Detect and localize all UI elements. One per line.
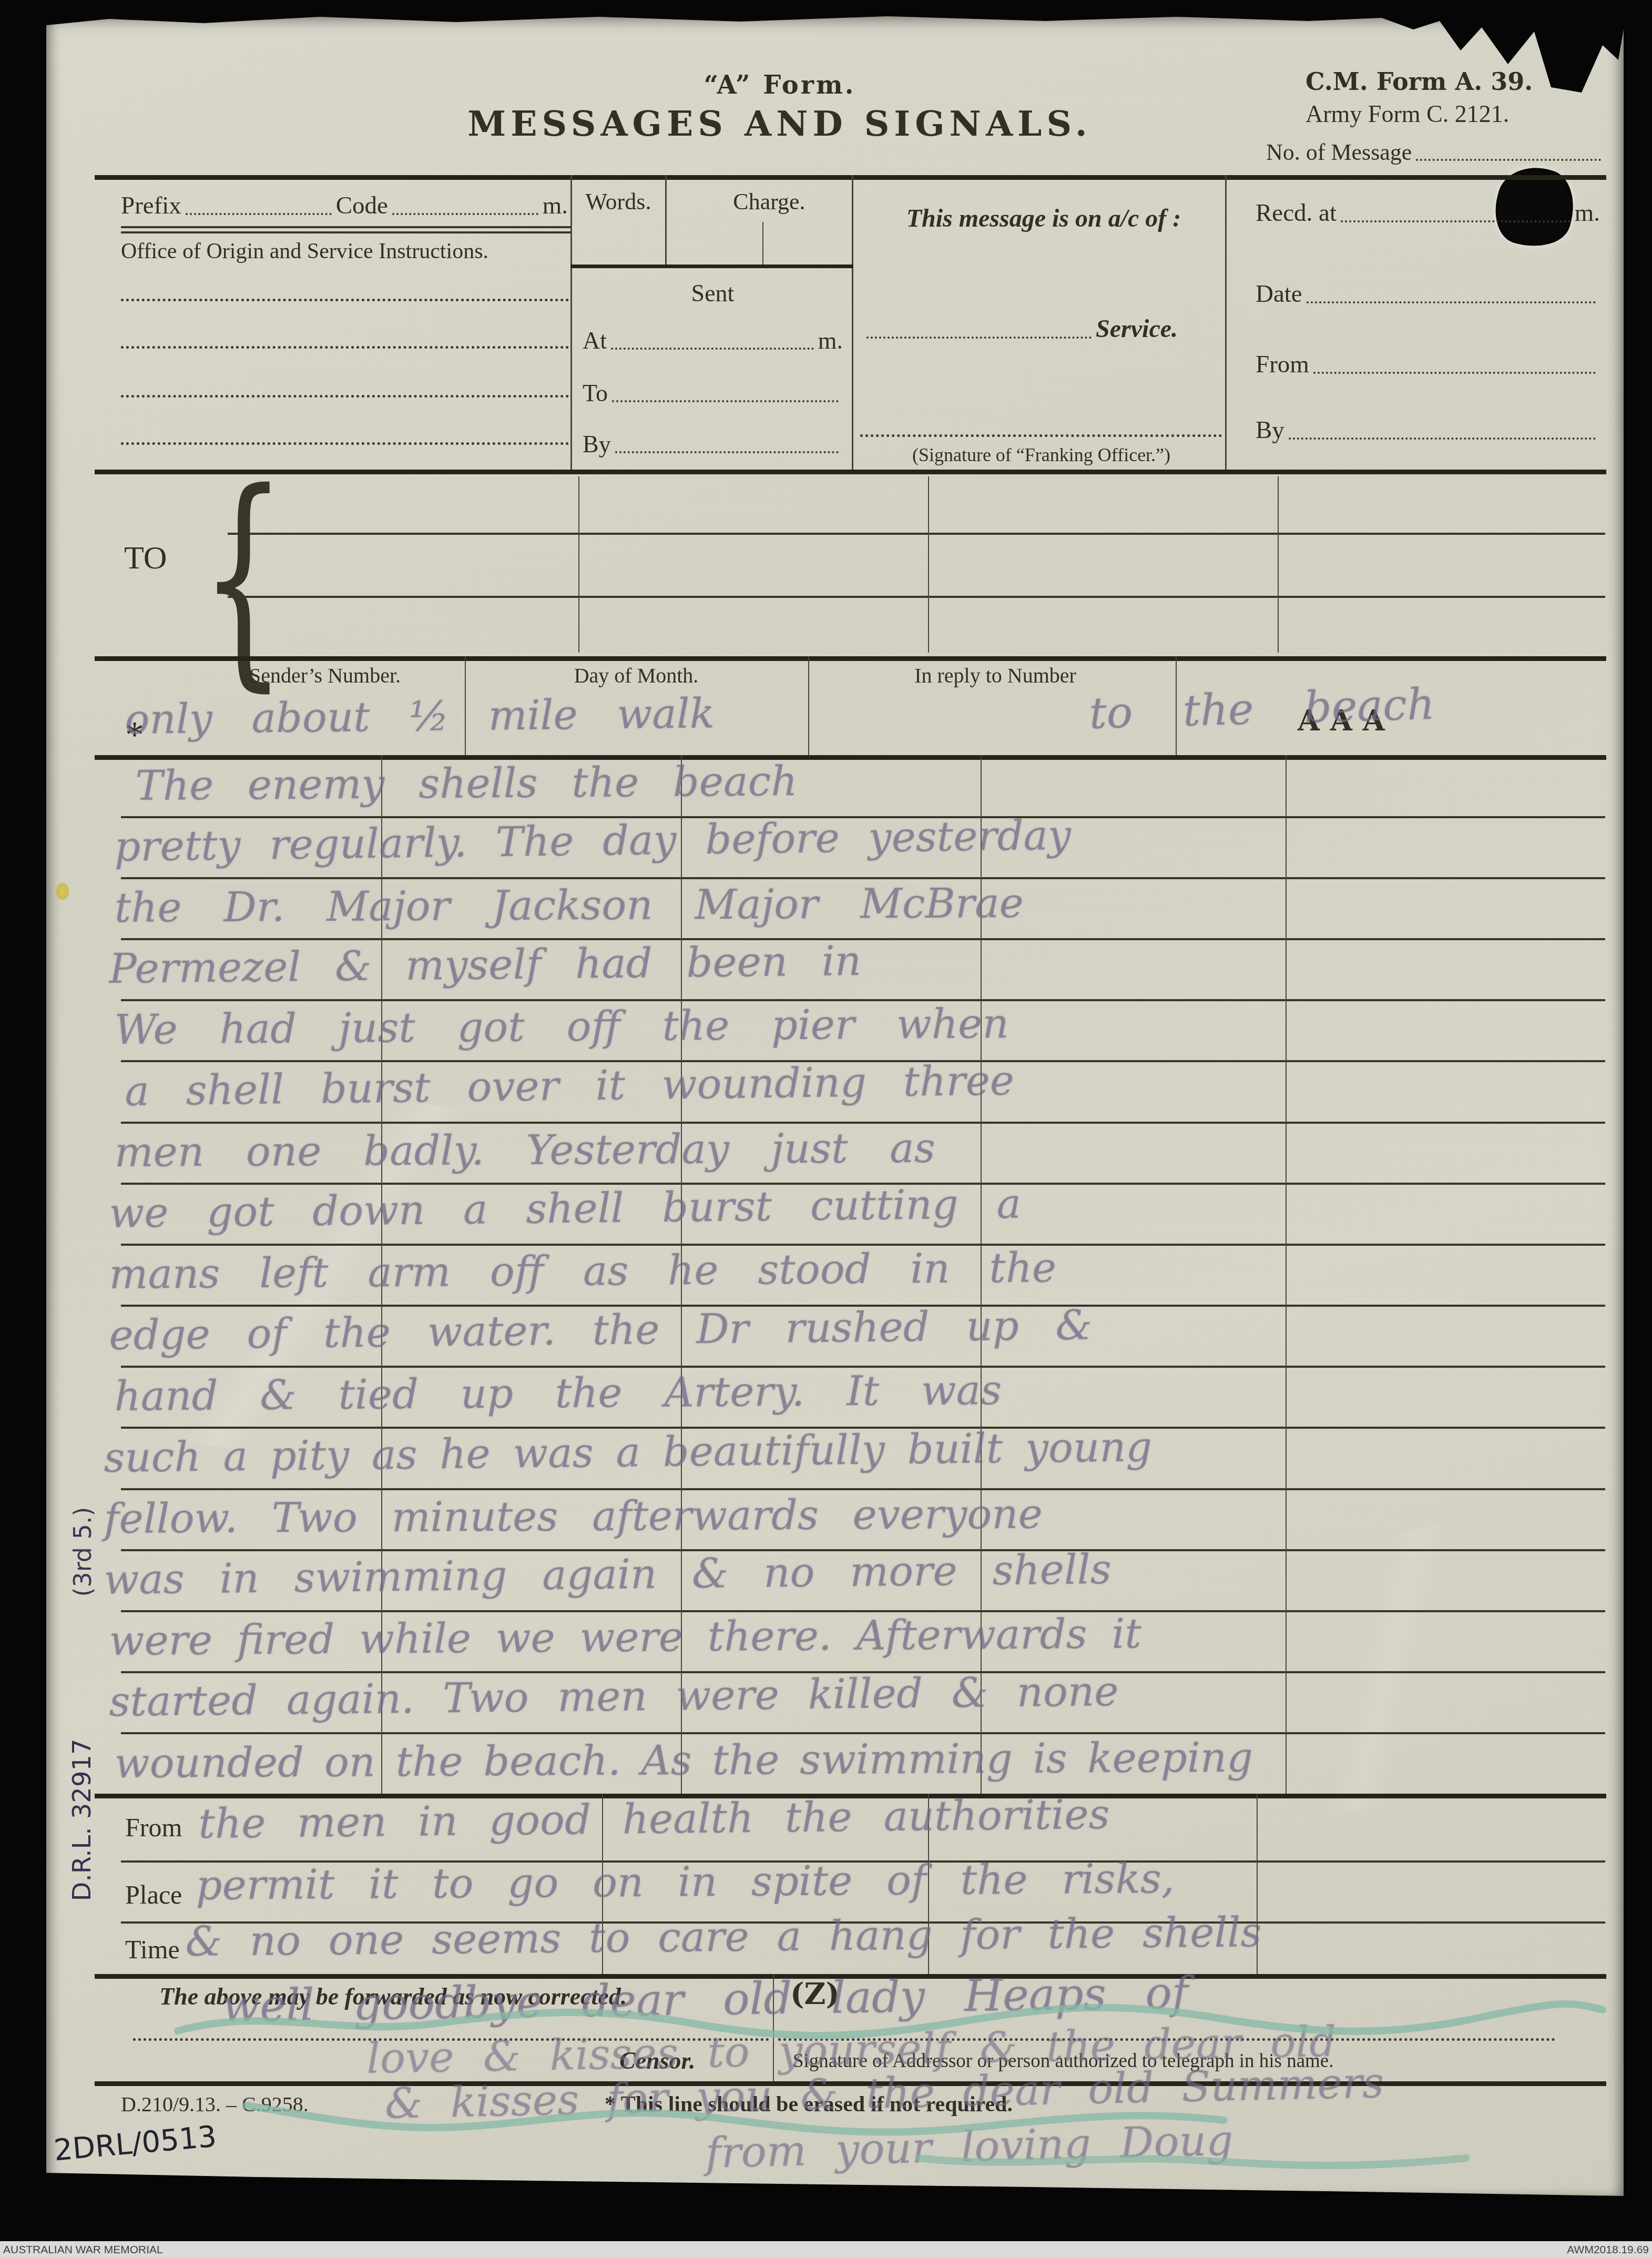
collection-reference: 2DRL/0513 [53, 2120, 218, 2168]
divider [928, 476, 929, 653]
divider [852, 175, 853, 470]
divider [808, 656, 809, 755]
sent-by-row: By [583, 430, 843, 458]
from-field-label: From [125, 1812, 182, 1843]
day-of-month-label: Day of Month. [518, 663, 754, 688]
dotted-leader [1313, 372, 1596, 374]
dotted-leader [866, 337, 1092, 339]
margin-page-note: (3rd 5.) [68, 1489, 100, 1615]
corner-dots: . . . . [1561, 165, 1610, 183]
page-title: MESSAGES AND SIGNALS. [307, 103, 1253, 144]
handwriting-line: from your loving Doug [705, 2116, 1234, 2178]
date-label: Date [1256, 280, 1302, 308]
dotted-leader [1289, 438, 1596, 440]
handwriting-line: The enemy shells the beach [135, 758, 797, 810]
rule [570, 265, 853, 268]
code-label: Code [336, 191, 388, 220]
dotted-leader [615, 451, 839, 453]
time-field-label: Time [125, 1934, 180, 1965]
divider [578, 476, 579, 653]
handwriting-line: the Dr. Major Jackson Major McBrae [115, 880, 1024, 932]
to-brace: { [200, 470, 287, 685]
rule [121, 1732, 1605, 1734]
from-label: From [1256, 350, 1309, 379]
rule [95, 470, 1606, 474]
to-label: To [583, 379, 608, 407]
divider [762, 222, 763, 265]
archive-footer-left: AUSTRALIAN WAR MEMORIAL [3, 2244, 163, 2256]
handwriting-line: permit it to go on in spite of the risks… [196, 1855, 1175, 1909]
divider [665, 175, 667, 265]
handwriting-line: to the beach [1088, 679, 1435, 739]
m-label: m. [818, 327, 843, 354]
handwriting-line: wounded on the beach. As the swimming is… [115, 1734, 1253, 1787]
rule [95, 656, 1606, 661]
dotted-line [121, 395, 569, 398]
handwriting-line: started again. Two men were killed & non… [109, 1668, 1119, 1726]
rule [95, 175, 1606, 180]
dotted-leader [1416, 159, 1601, 161]
paper-spot [56, 882, 69, 900]
dotted-leader [612, 400, 839, 402]
in-reply-label: In reply to Number [874, 663, 1116, 688]
office-of-origin-label: Office of Origin and Service Instruction… [121, 239, 488, 264]
words-label: Words. [573, 188, 664, 215]
rule [228, 596, 1605, 598]
handwriting-line: men one badly. Yesterday just as [115, 1125, 935, 1176]
recd-row: Recd. at m. [1256, 199, 1600, 227]
handwriting-line: edge of the water. the Dr rushed up & [109, 1301, 1092, 1359]
service-row: Service. [862, 314, 1178, 343]
handwriting-line: hand & tied up the Artery. It was [114, 1367, 1002, 1420]
recd-by-row: By [1256, 416, 1600, 444]
form-paper: “A” Form. MESSAGES AND SIGNALS. C.M. For… [46, 14, 1624, 2201]
handwriting-line: We had just got off the pier when [114, 1000, 1009, 1054]
dotted-line [121, 346, 569, 349]
senders-number-label: Sender’s Number. [204, 663, 446, 688]
service-label: Service. [1096, 314, 1178, 343]
place-field-label: Place [125, 1879, 182, 1910]
charge-label: Charge. [693, 188, 845, 215]
archive-footer-bar: AUSTRALIAN WAR MEMORIAL AWM2018.19.69 [0, 2241, 1652, 2258]
no-of-message-label: No. of Message [1266, 139, 1412, 166]
dotted-line [860, 434, 1222, 437]
dotted-leader [611, 348, 814, 350]
franking-officer-label: (Signature of “Franking Officer.”) [859, 444, 1224, 466]
handwriting-line: a shell burst over it wounding three [125, 1057, 1015, 1115]
rule [228, 533, 1605, 535]
handwriting-line: were fired while we were there. Afterwar… [109, 1610, 1141, 1665]
message-account-label: This message is on a/c of : [862, 204, 1225, 233]
divider [570, 175, 572, 470]
a-form-label: “A” Form. [359, 70, 1200, 100]
to-label: TO [124, 540, 167, 577]
scanned-document-page: { "document": { "archive_footer": { "lef… [0, 0, 1652, 2258]
archive-footer-right: AWM2018.19.69 [1567, 2244, 1649, 2256]
sent-to-row: To [583, 379, 843, 407]
prefix-label: Prefix [121, 191, 181, 220]
handwriting-line: only about ½ mile walk [125, 690, 715, 744]
handwriting-line: & no one seems to care a hang for the sh… [185, 1909, 1262, 1966]
rule [95, 755, 1606, 760]
handwriting-line: Permezel & myself had been in [109, 938, 861, 993]
divider [1278, 476, 1279, 653]
dotted-leader [392, 213, 538, 215]
from-row: From [1256, 350, 1600, 379]
m-label: m. [543, 191, 568, 220]
handwriting-line: mans left arm off as he stood in the [109, 1244, 1056, 1298]
rule [121, 1122, 1605, 1124]
dotted-leader [1307, 301, 1596, 303]
sent-at-row: At m. [583, 327, 843, 354]
rule [121, 231, 570, 233]
rule [121, 226, 570, 228]
dotted-leader [1341, 220, 1571, 222]
rule [121, 938, 1605, 940]
handwriting-line: pretty regularly. The day before yesterd… [114, 812, 1072, 871]
sent-label: Sent [651, 279, 774, 307]
prefix-code-row: Prefix Code m. [121, 191, 568, 220]
recd-at-label: Recd. at [1256, 199, 1337, 227]
handwriting-line: we got down a shell burst cutting a [109, 1181, 1021, 1237]
by-label: By [1256, 416, 1284, 444]
rule [121, 877, 1605, 879]
margin-registry-no: D.R.L. 32917 [67, 1710, 99, 1930]
dotted-leader [186, 213, 332, 215]
print-ref: D.210/9.13. – C.9258. [121, 2092, 309, 2117]
divider [1286, 755, 1287, 1794]
rule [121, 1488, 1605, 1490]
no-of-message-row: No. of Message [1266, 139, 1605, 166]
by-label: By [583, 430, 611, 458]
m-label: m. [1575, 199, 1600, 227]
army-form-code: Army Form C. 2121. [1306, 100, 1509, 128]
cm-form-code: C.M. Form A. 39. [1306, 67, 1533, 96]
handwriting-line: was in swimming again & no more shells [104, 1546, 1111, 1604]
date-row: Date [1256, 280, 1600, 308]
handwriting-line: fellow. Two minutes afterwards everyone [104, 1491, 1043, 1543]
handwriting-line: the men in good health the authorities [198, 1791, 1110, 1848]
at-label: At [583, 327, 607, 354]
handwriting-line: such a pity as he was a beautifully buil… [104, 1423, 1153, 1482]
dotted-line [121, 299, 569, 301]
divider [1225, 175, 1227, 470]
dotted-line [121, 442, 569, 445]
